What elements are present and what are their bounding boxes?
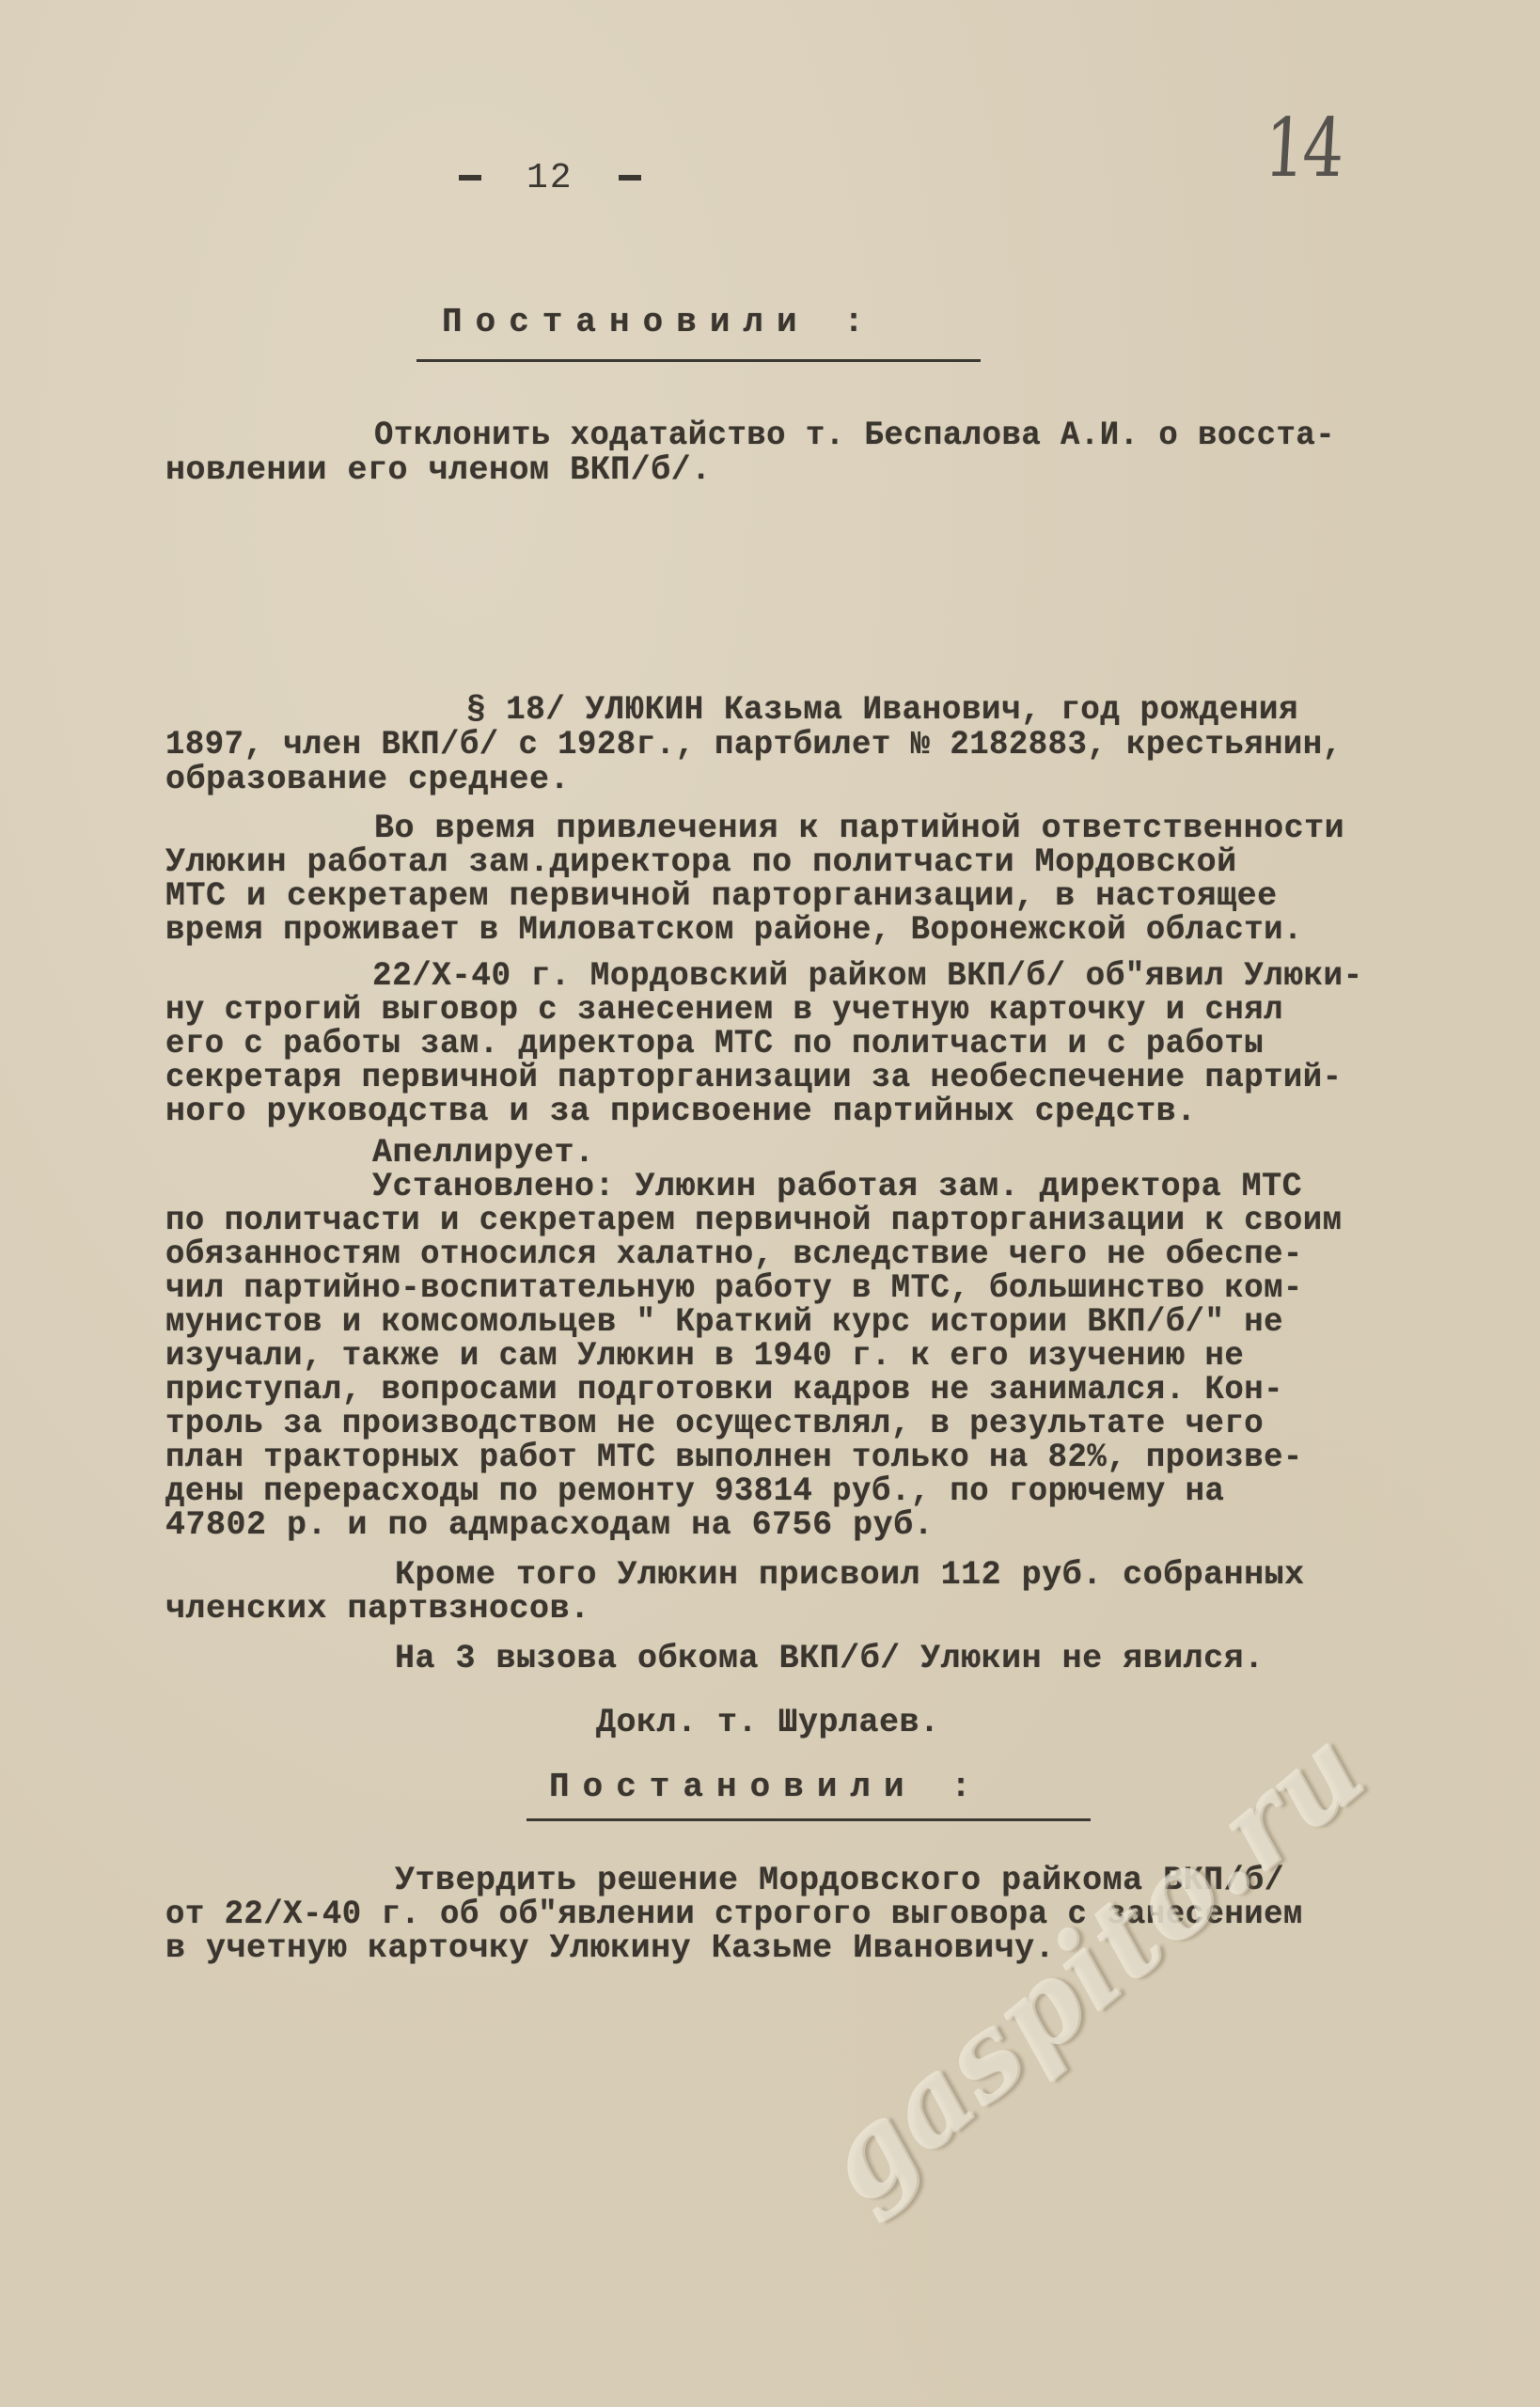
- penalty-line-2: ну строгий выговор с занесением в учетну…: [165, 993, 1283, 1027]
- findings-line-6: изучали, также и сам Улюкин в 1940 г. к …: [165, 1339, 1244, 1373]
- resolution-2-line-3: в учетную карточку Улюкину Казьме Иванов…: [165, 1931, 1055, 1965]
- findings-line-9: план тракторных работ МТС выполнен тольк…: [165, 1440, 1303, 1474]
- dash-left: [459, 175, 481, 181]
- section-heading-resolved-1: Постановили :: [442, 303, 877, 341]
- penalty-line-4: секретаря первичной парторганизации за н…: [165, 1061, 1343, 1094]
- findings-line-10: дены перерасходы по ремонту 93814 руб., …: [165, 1474, 1224, 1508]
- findings-line-1: Установлено: Улюкин работая зам. директо…: [372, 1170, 1302, 1203]
- findings-line-11: 47802 р. и по адмрасходам на 6756 руб.: [165, 1508, 934, 1542]
- heading-underline-2: [526, 1818, 1091, 1821]
- background-line-4: время проживает в Миловатском районе, Во…: [165, 913, 1303, 947]
- background-line-3: МТС и секретарем первичной парторганизац…: [165, 879, 1278, 913]
- archive-sheet-number: 14: [1262, 102, 1344, 196]
- misappropriation-line-2: членских партвзносов.: [165, 1592, 590, 1626]
- page-number-value: 12: [526, 158, 574, 198]
- findings-line-5: мунистов и комсомольцев " Краткий курс и…: [165, 1305, 1283, 1339]
- misappropriation-line-1: Кроме того Улюкин присвоил 112 руб. собр…: [395, 1558, 1305, 1592]
- case-intro-line-2: 1897, член ВКП/б/ с 1928г., партбилет № …: [165, 728, 1343, 762]
- resolution-1-line-2: новлении его членом ВКП/б/.: [165, 453, 712, 487]
- case-intro-line-3: образование среднее.: [165, 763, 570, 796]
- findings-line-4: чил партийно-воспитательную работу в МТС…: [165, 1271, 1303, 1305]
- penalty-line-5: ного руководства и за присвоение партийн…: [165, 1094, 1197, 1128]
- background-line-2: Улюкин работал зам.директора по политчас…: [165, 845, 1237, 879]
- dash-right: [619, 175, 641, 181]
- section-heading-resolved-2: Постановили :: [549, 1768, 984, 1806]
- reporter: Докл. т. Шурлаев.: [596, 1706, 940, 1739]
- findings-line-2: по политчасти и секретарем первичной пар…: [165, 1203, 1343, 1237]
- background-line-1: Во время привлечения к партийной ответст…: [374, 811, 1344, 845]
- findings-line-8: троль за производством не осуществлял, в…: [165, 1407, 1264, 1440]
- penalty-line-1: 22/Х-40 г. Мордовский райком ВКП/б/ об"я…: [372, 959, 1363, 993]
- resolution-1-line-1: Отклонить ходатайство т. Беспалова А.И. …: [374, 418, 1335, 452]
- page-number: 12: [414, 158, 686, 198]
- findings-line-7: приступал, вопросами подготовки кадров н…: [165, 1373, 1283, 1407]
- penalty-line-3: его с работы зам. директора МТС по полит…: [165, 1027, 1264, 1061]
- appeal-status: Апеллирует.: [372, 1136, 595, 1170]
- heading-underline-1: [416, 359, 981, 362]
- case-intro-line-1: § 18/ УЛЮКИН Казьма Иванович, год рожден…: [466, 693, 1298, 727]
- findings-line-3: обязанностям относился халатно, вследств…: [165, 1237, 1303, 1271]
- no-show-note: На 3 вызова обкома ВКП/б/ Улюкин не явил…: [395, 1642, 1265, 1675]
